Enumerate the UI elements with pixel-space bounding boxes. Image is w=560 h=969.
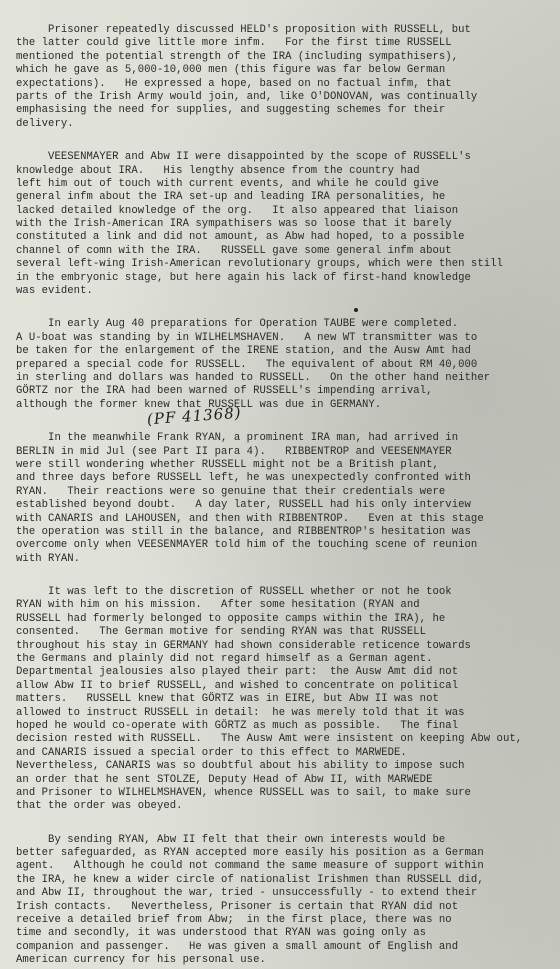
- text-line: an order that he sent STOLZE, Deputy Hea…: [16, 774, 540, 787]
- text-line: with CANARIS and LAHOUSEN, and then with…: [16, 513, 540, 526]
- text-line: emphasising the need for supplies, and s…: [16, 104, 540, 117]
- text-line: although the former knew that RUSSELL wa…: [16, 399, 540, 412]
- text-line: that the order was obeyed.: [16, 800, 540, 813]
- text-line: overcome only when VEESENMAYER told him …: [16, 539, 540, 552]
- text-line: and three days before RUSSELL left, he w…: [16, 472, 540, 485]
- text-line: companion and passenger. He was given a …: [16, 941, 540, 954]
- document-page: Prisoner repeatedly discussed HELD's pro…: [0, 0, 560, 969]
- paragraph-ryan-mission: It was left to the discretion of RUSSELL…: [16, 586, 540, 814]
- text-line: general infm about the IRA set-up and le…: [16, 191, 540, 204]
- text-line: By sending RYAN, Abw II felt that their …: [16, 834, 540, 847]
- text-line: were still wondering whether RUSSELL mig…: [16, 459, 540, 472]
- text-line: Prisoner repeatedly discussed HELD's pro…: [16, 24, 540, 37]
- text-line: delivery.: [16, 118, 540, 131]
- text-line: the operation was still in the balance, …: [16, 526, 540, 539]
- text-line: In the meanwhile Frank RYAN, a prominent…: [16, 432, 540, 445]
- text-line: consented. The German motive for sending…: [16, 626, 540, 639]
- ink-dot-mark: [354, 308, 358, 312]
- text-line: Irish contacts. Nevertheless, Prisoner i…: [16, 901, 540, 914]
- text-line: Nevertheless, CANARIS was so doubtful ab…: [16, 760, 540, 773]
- text-line: the Germans and plainly did not regard h…: [16, 653, 540, 666]
- text-line: RYAN. Their reactions were so genuine th…: [16, 486, 540, 499]
- paragraph-abw-interests: By sending RYAN, Abw II felt that their …: [16, 834, 540, 968]
- text-line: parts of the Irish Army would join, and,…: [16, 91, 540, 104]
- paragraph-russell-knowledge: VEESENMAYER and Abw II were disappointed…: [16, 151, 540, 298]
- text-line: time and secondly, it was understood tha…: [16, 927, 540, 940]
- text-line: agent. Although he could not command the…: [16, 860, 540, 873]
- text-line: GÖRTZ nor the IRA had been warned of RUS…: [16, 385, 540, 398]
- text-line: better safeguarded, as RYAN accepted mor…: [16, 847, 540, 860]
- text-line: RUSSELL had formerly belonged to opposit…: [16, 613, 540, 626]
- text-line: prepared a special code for RUSSELL. The…: [16, 359, 540, 372]
- text-line: throughout his stay in GERMANY had shown…: [16, 640, 540, 653]
- text-line: receive a detailed brief from Abw; in th…: [16, 914, 540, 927]
- text-line: It was left to the discretion of RUSSELL…: [16, 586, 540, 599]
- text-line: mentioned the potential strength of the …: [16, 51, 540, 64]
- paragraph-held-proposition: Prisoner repeatedly discussed HELD's pro…: [16, 24, 540, 131]
- paragraph-operation-taube: In early Aug 40 preparations for Operati…: [16, 318, 540, 412]
- text-line: in the embryonic stage, but here again h…: [16, 272, 540, 285]
- text-line: established beyond doubt. A day later, R…: [16, 499, 540, 512]
- text-line: In early Aug 40 preparations for Operati…: [16, 318, 540, 331]
- text-line: the latter could give little more infm. …: [16, 37, 540, 50]
- text-line: hoped he would co-operate with GÖRTZ as …: [16, 720, 540, 733]
- text-line: Departmental jealousies also played thei…: [16, 666, 540, 679]
- text-line: decision rested with RUSSELL. The Ausw A…: [16, 733, 540, 746]
- text-line: RYAN with him on his mission. After some…: [16, 599, 540, 612]
- text-line: constituted a link and did not amount, a…: [16, 231, 540, 244]
- text-line: A U-boat was standing by in WILHELMSHAVE…: [16, 332, 540, 345]
- text-line: allow Abw II to brief RUSSELL, and wishe…: [16, 680, 540, 693]
- text-line: was evident.: [16, 285, 540, 298]
- text-line: and Abw II, throughout the war, tried - …: [16, 887, 540, 900]
- text-line: which he gave as 5,000-10,000 men (this …: [16, 64, 540, 77]
- text-line: expectations). He expressed a hope, base…: [16, 78, 540, 91]
- text-line: VEESENMAYER and Abw II were disappointed…: [16, 151, 540, 164]
- text-line: matters. RUSSELL knew that GÖRTZ was in …: [16, 693, 540, 706]
- text-line: left him out of touch with current event…: [16, 178, 540, 191]
- text-line: lacked detailed knowledge of the org. It…: [16, 205, 540, 218]
- text-line: the IRA, he knew a wider circle of natio…: [16, 874, 540, 887]
- text-line: allowed to instruct RUSSELL in detail: h…: [16, 707, 540, 720]
- text-line: knowledge about IRA. His lengthy absence…: [16, 165, 540, 178]
- text-line: and CANARIS issued a special order to th…: [16, 747, 540, 760]
- text-line: BERLIN in mid Jul (see Part II para 4). …: [16, 446, 540, 459]
- text-line: American currency for his personal use.: [16, 954, 540, 967]
- text-line: be taken for the enlargement of the IREN…: [16, 345, 540, 358]
- text-line: in sterling and dollars was handed to RU…: [16, 372, 540, 385]
- paragraph-frank-ryan-arrival: In the meanwhile Frank RYAN, a prominent…: [16, 432, 540, 566]
- text-line: and Prisoner to WILHELMSHAVEN, whence RU…: [16, 787, 540, 800]
- text-line: channel of comn with the IRA. RUSSELL ga…: [16, 245, 540, 258]
- text-line: several left-wing Irish-American revolut…: [16, 258, 540, 271]
- text-line: with the Irish-American IRA sympathisers…: [16, 218, 540, 231]
- handwritten-annotation: (PF 41368): [147, 407, 242, 427]
- text-line: with RYAN.: [16, 553, 540, 566]
